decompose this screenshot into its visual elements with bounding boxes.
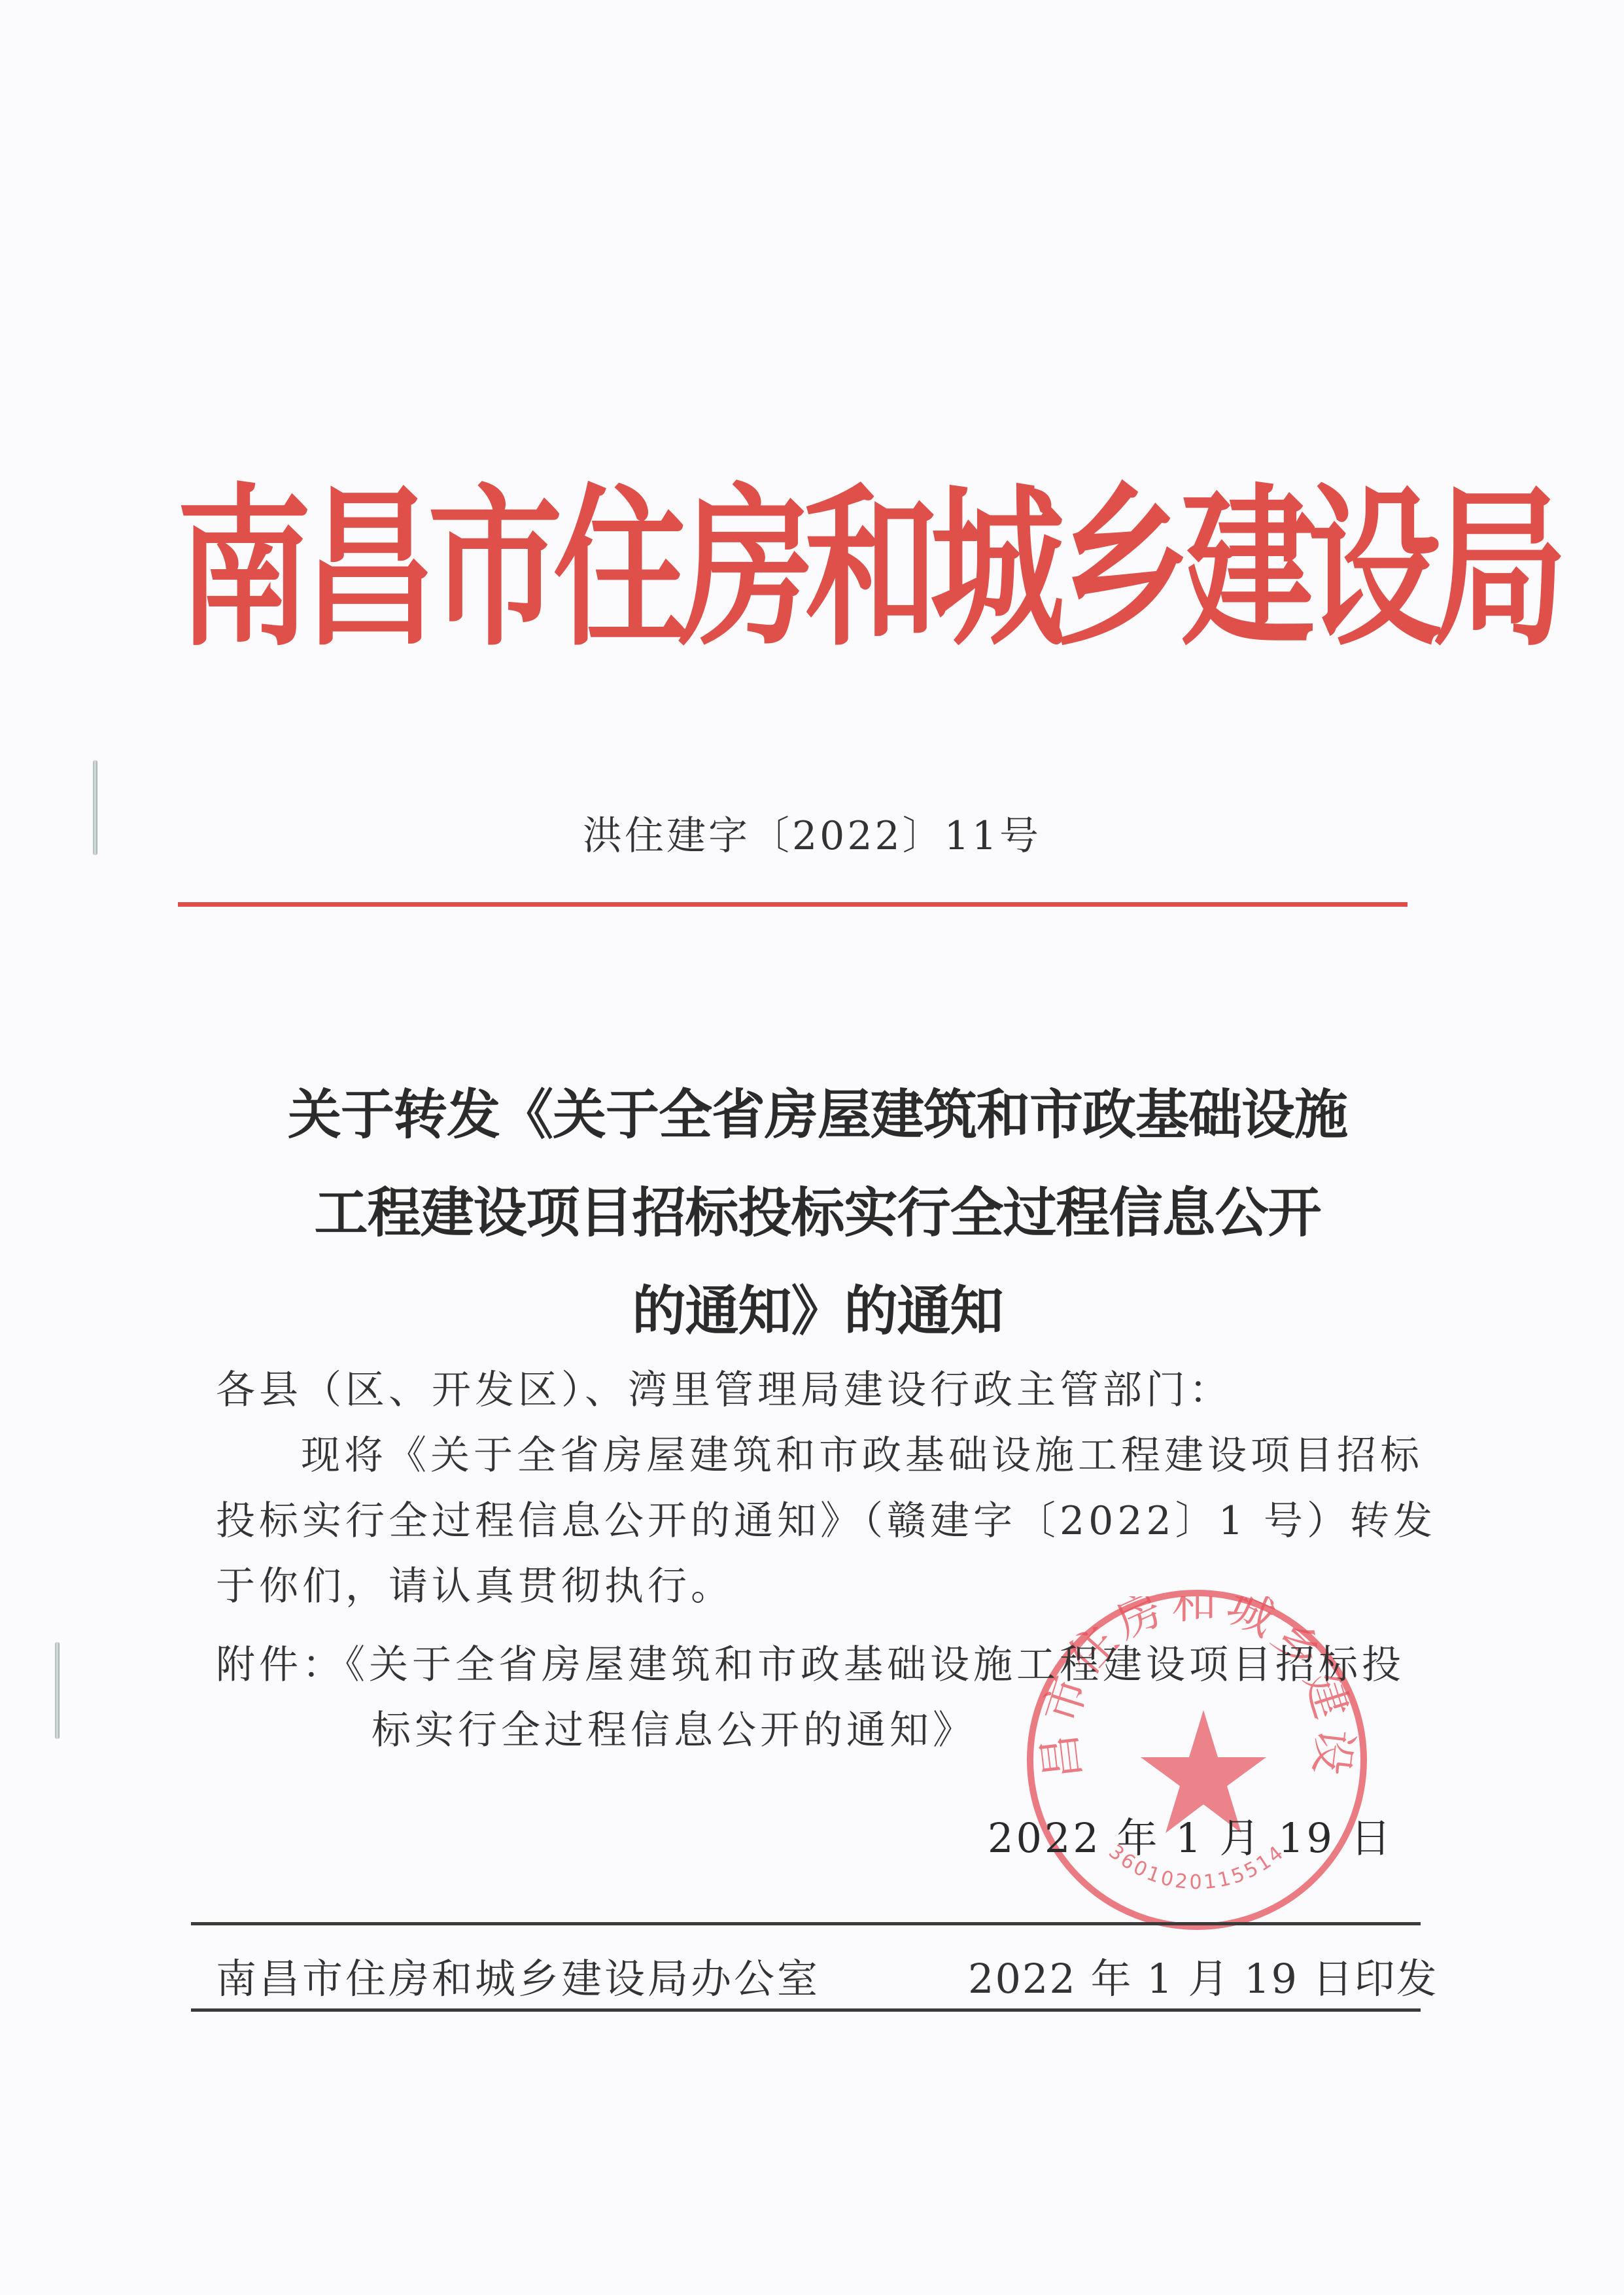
attachment: 附件：《关于全省房屋建筑和市政基础设施工程建设项目招标投 标实行全过程信息公开的…: [216, 1632, 1426, 1763]
staple-bottom: [55, 1642, 60, 1739]
body-line: 投标实行全过程信息公开的通知》（赣建字〔2022〕1 号）转发: [216, 1488, 1426, 1554]
title-line: 关于转发《关于全省房屋建筑和市政基础设施: [164, 1066, 1472, 1165]
footer-top-rule: [191, 1922, 1421, 1925]
addressee: 各县（区、开发区）、湾里管理局建设行政主管部门：: [216, 1358, 1426, 1423]
body-paragraph: 现将《关于全省房屋建筑和市政基础设施工程建设项目招标 投标实行全过程信息公开的通…: [216, 1423, 1426, 1619]
title-line: 工程建设项目招标投标实行全过程信息公开: [164, 1165, 1472, 1263]
footer-bottom-rule: [191, 2008, 1421, 2012]
footer-office: 南昌市住房和城乡建设局办公室: [216, 1946, 820, 2005]
title-line: 的通知》的通知: [164, 1263, 1472, 1361]
attachment-label: 附件：: [216, 1642, 345, 1688]
document-number: 洪住建字〔2022〕11号: [0, 805, 1624, 861]
attachment-line: 标实行全过程信息公开的通知》: [216, 1698, 1426, 1763]
signature-date: 2022 年 1 月 19 日: [988, 1806, 1394, 1864]
attachment-line: 《关于全省房屋建筑和市政基础设施工程建设项目招标投: [345, 1642, 1405, 1688]
masthead-issuer: 南昌市住房和城乡建设局: [177, 444, 1373, 695]
document-title: 关于转发《关于全省房屋建筑和市政基础设施 工程建设项目招标投标实行全过程信息公开…: [164, 1066, 1472, 1361]
red-divider: [178, 902, 1408, 907]
footer-print-date: 2022 年 1 月 19 日印发: [968, 1946, 1438, 2005]
body-line: 现将《关于全省房屋建筑和市政基础设施工程建设项目招标: [216, 1423, 1426, 1488]
